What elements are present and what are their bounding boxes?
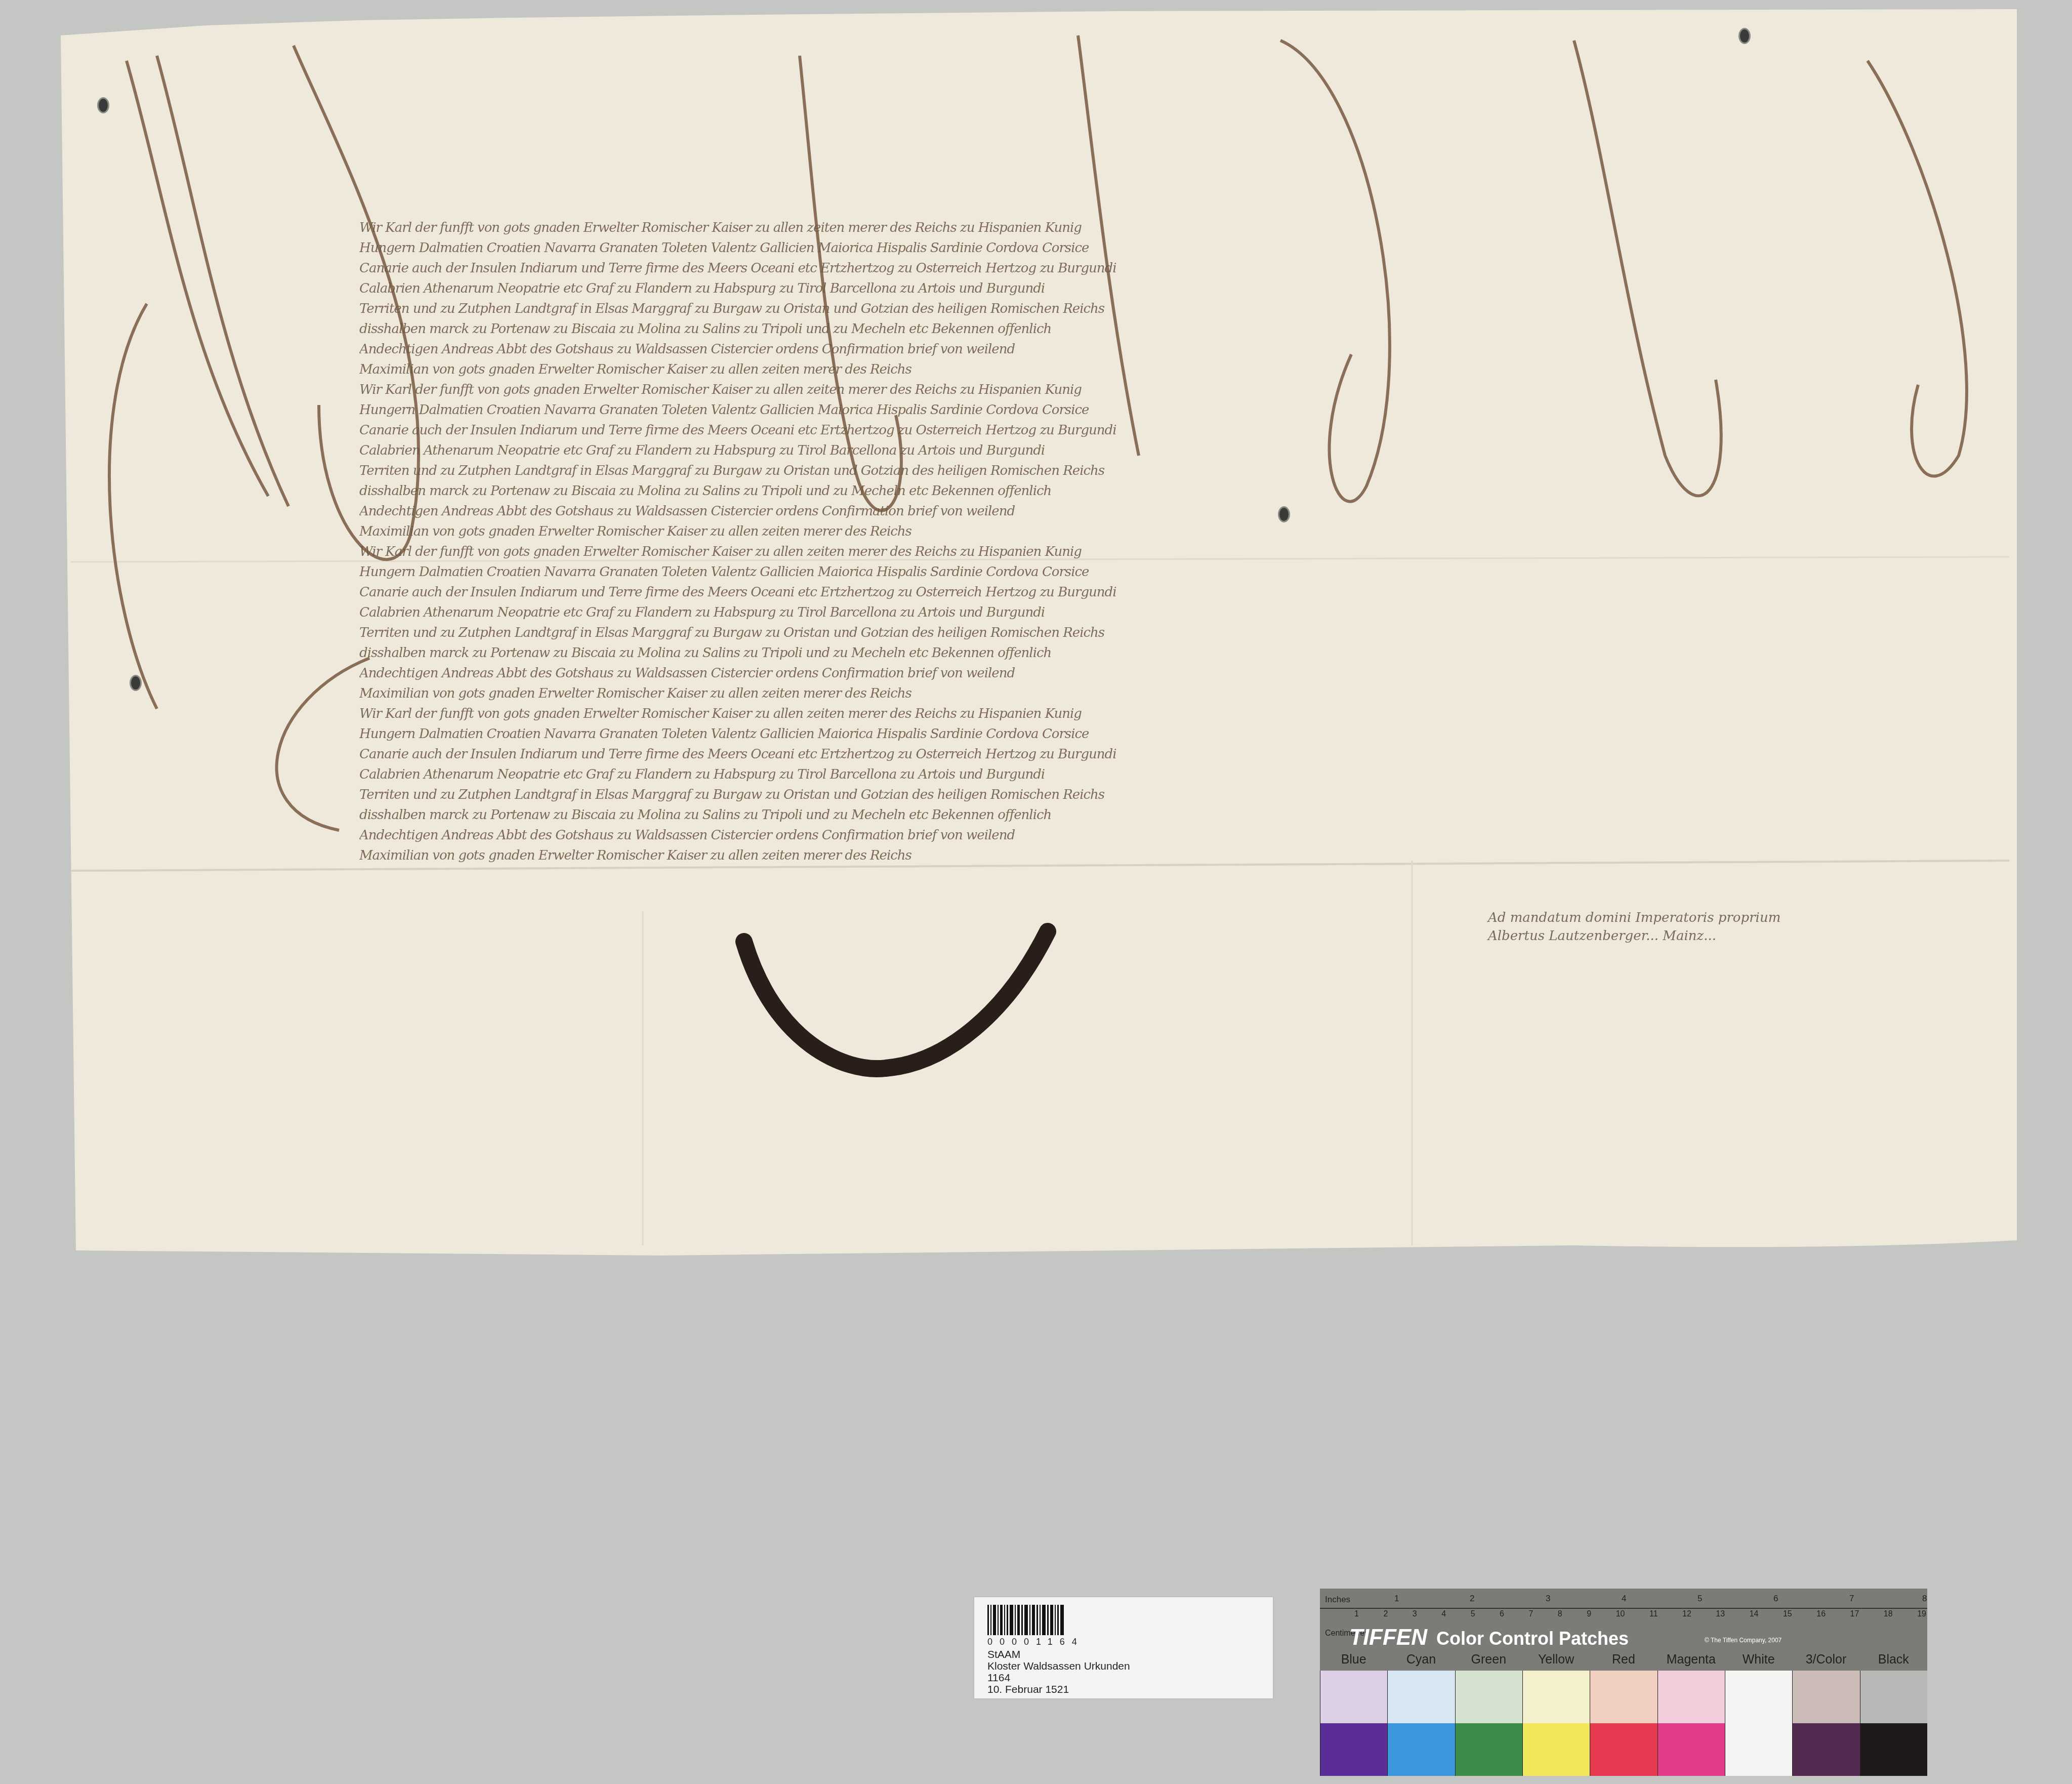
text-line: Territen und zu Zutphen Landtgraf in Els… xyxy=(359,785,1938,805)
cm-tick: 3 xyxy=(1413,1610,1417,1623)
cm-tick: 14 xyxy=(1750,1610,1759,1623)
patch-label: Green xyxy=(1455,1652,1522,1667)
patch-label: Black xyxy=(1860,1652,1927,1667)
text-line: Calabrien Athenarum Neopatrie etc Graf z… xyxy=(359,440,1938,461)
punch-hole xyxy=(97,97,109,113)
text-line: Canarie auch der Insulen Indiarum und Te… xyxy=(359,582,1938,602)
cm-tick: 10 xyxy=(1616,1610,1625,1623)
text-line: Maximilian von gots gnaden Erwelter Romi… xyxy=(359,521,1938,542)
patch-blue xyxy=(1320,1671,1387,1776)
patch-label: Magenta xyxy=(1657,1652,1725,1667)
notary-line: Ad mandatum domini Imperatoris proprium xyxy=(1488,909,1780,927)
patch-label: Red xyxy=(1590,1652,1657,1667)
cm-tick: 5 xyxy=(1471,1610,1475,1623)
cm-tick: 12 xyxy=(1682,1610,1691,1623)
patch-3-color xyxy=(1792,1671,1859,1776)
charter-document: Wir Karl der funfft von gots gnaden Erwe… xyxy=(56,0,2019,1276)
text-line: Calabrien Athenarum Neopatrie etc Graf z… xyxy=(359,602,1938,623)
patch-label: Cyan xyxy=(1387,1652,1455,1667)
punch-hole xyxy=(1278,506,1290,522)
text-line: Wir Karl der funfft von gots gnaden Erwe… xyxy=(359,380,1938,400)
patch-dark xyxy=(1590,1723,1657,1776)
patch-label: 3/Color xyxy=(1792,1652,1859,1667)
patch-label: Blue xyxy=(1320,1652,1387,1667)
charter-text: Wir Karl der funfft von gots gnaden Erwe… xyxy=(359,218,1938,876)
cm-tick: 16 xyxy=(1816,1610,1826,1623)
patch-dark xyxy=(1456,1723,1522,1776)
text-line: disshalben marck zu Portenaw zu Biscaia … xyxy=(359,319,1938,339)
patch-dark xyxy=(1523,1723,1590,1776)
card-title: Color Control Patches xyxy=(1436,1628,1629,1649)
text-line: Andechtigen Andreas Abbt des Gotshaus zu… xyxy=(359,501,1938,521)
text-line: Territen und zu Zutphen Landtgraf in Els… xyxy=(359,623,1938,643)
text-line: Maximilian von gots gnaden Erwelter Romi… xyxy=(359,683,1938,704)
patch-light xyxy=(1456,1671,1522,1723)
patch-dark xyxy=(1793,1723,1859,1776)
patch-light xyxy=(1590,1671,1657,1723)
cm-tick: 19 xyxy=(1917,1610,1926,1623)
text-line: disshalben marck zu Portenaw zu Biscaia … xyxy=(359,481,1938,501)
notary-line: Albertus Lautzenberger... Mainz... xyxy=(1488,927,1780,945)
inch-tick: 6 xyxy=(1773,1594,1778,1604)
patch-magenta xyxy=(1657,1671,1725,1776)
patch-label: White xyxy=(1725,1652,1792,1667)
patch-dark xyxy=(1388,1723,1455,1776)
text-line: Canarie auch der Insulen Indiarum und Te… xyxy=(359,420,1938,440)
color-control-card: Inches 1 2 3 4 5 6 7 8 Centimetres 12345… xyxy=(1320,1589,1927,1777)
text-line: Wir Karl der funfft von gots gnaden Erwe… xyxy=(359,542,1938,562)
patch-light xyxy=(1320,1671,1387,1723)
inch-tick: 1 xyxy=(1394,1594,1399,1604)
punch-hole xyxy=(1738,28,1751,44)
text-line: Hungern Dalmatien Croatien Navarra Grana… xyxy=(359,400,1938,420)
cm-tick: 9 xyxy=(1587,1610,1591,1623)
text-line: Calabrien Athenarum Neopatrie etc Graf z… xyxy=(359,278,1938,299)
patch-light xyxy=(1523,1671,1590,1723)
cm-tick: 18 xyxy=(1884,1610,1893,1623)
patch-light xyxy=(1658,1671,1725,1723)
patch-dark xyxy=(1860,1723,1927,1776)
text-line: Andechtigen Andreas Abbt des Gotshaus zu… xyxy=(359,825,1938,845)
label-collection: Kloster Waldsassen Urkunden xyxy=(987,1660,1130,1672)
cm-ticks: 12345678910111213141516171819 xyxy=(1354,1610,1926,1623)
text-line: Wir Karl der funfft von gots gnaden Erwe… xyxy=(359,704,1938,724)
cm-tick: 1 xyxy=(1354,1610,1359,1623)
card-copyright: © The Tiffen Company, 2007 xyxy=(1705,1637,1781,1644)
text-line: Canarie auch der Insulen Indiarum und Te… xyxy=(359,258,1938,278)
cm-tick: 13 xyxy=(1716,1610,1725,1623)
cm-tick: 8 xyxy=(1558,1610,1562,1623)
ruler: Inches 1 2 3 4 5 6 7 8 xyxy=(1320,1594,1927,1609)
text-line: Maximilian von gots gnaden Erwelter Romi… xyxy=(359,359,1938,380)
text-line: Wir Karl der funfft von gots gnaden Erwe… xyxy=(359,218,1938,238)
inch-tick: 2 xyxy=(1470,1594,1474,1604)
cm-tick: 6 xyxy=(1500,1610,1504,1623)
text-line: Maximilian von gots gnaden Erwelter Romi… xyxy=(359,845,1938,866)
text-line: Territen und zu Zutphen Landtgraf in Els… xyxy=(359,299,1938,319)
inch-tick: 4 xyxy=(1622,1594,1626,1604)
text-line: Hungern Dalmatien Croatien Navarra Grana… xyxy=(359,724,1938,744)
text-line: Hungern Dalmatien Croatien Navarra Grana… xyxy=(359,562,1938,582)
archive-label: 00001164 StAAM Kloster Waldsassen Urkund… xyxy=(974,1597,1273,1698)
text-line: Canarie auch der Insulen Indiarum und Te… xyxy=(359,744,1938,764)
cm-tick: 17 xyxy=(1850,1610,1859,1623)
cm-tick: 4 xyxy=(1441,1610,1446,1623)
text-line: Andechtigen Andreas Abbt des Gotshaus zu… xyxy=(359,663,1938,683)
cm-tick: 7 xyxy=(1528,1610,1533,1623)
ruler-inches-label: Inches xyxy=(1325,1595,1350,1605)
patch-light xyxy=(1388,1671,1455,1723)
patch-red xyxy=(1590,1671,1657,1776)
text-line: Hungern Dalmatien Croatien Navarra Grana… xyxy=(359,238,1938,258)
inch-tick: 3 xyxy=(1546,1594,1550,1604)
barcode-number: 00001164 xyxy=(987,1637,1084,1647)
label-institution: StAAM xyxy=(987,1649,1130,1660)
text-line: disshalben marck zu Portenaw zu Biscaia … xyxy=(359,805,1938,825)
patch-green xyxy=(1455,1671,1522,1776)
tiffen-logo: TIFFEN xyxy=(1349,1625,1427,1650)
patch-dark xyxy=(1320,1723,1387,1776)
patch-cyan xyxy=(1387,1671,1455,1776)
patch-light xyxy=(1793,1671,1859,1723)
color-patches xyxy=(1320,1671,1927,1776)
patch-light xyxy=(1860,1671,1927,1723)
cm-tick: 11 xyxy=(1649,1610,1658,1623)
text-line: Andechtigen Andreas Abbt des Gotshaus zu… xyxy=(359,339,1938,359)
patch-white xyxy=(1725,1671,1792,1776)
patch-dark xyxy=(1725,1723,1792,1776)
inch-tick: 7 xyxy=(1849,1594,1854,1604)
inch-tick: 8 xyxy=(1922,1594,1927,1604)
patch-yellow xyxy=(1522,1671,1590,1776)
text-line: disshalben marck zu Portenaw zu Biscaia … xyxy=(359,643,1938,663)
cm-tick: 2 xyxy=(1383,1610,1388,1623)
notary-note: Ad mandatum domini Imperatoris proprium … xyxy=(1488,909,1780,945)
text-line: Calabrien Athenarum Neopatrie etc Graf z… xyxy=(359,764,1938,785)
punch-hole xyxy=(130,675,142,691)
patch-light xyxy=(1725,1671,1792,1723)
cm-tick: 15 xyxy=(1783,1610,1792,1623)
label-number: 1164 xyxy=(987,1672,1130,1684)
patch-dark xyxy=(1658,1723,1725,1776)
patch-label: Yellow xyxy=(1522,1652,1590,1667)
patch-black xyxy=(1860,1671,1927,1776)
barcode xyxy=(987,1605,1089,1635)
label-date: 10. Februar 1521 xyxy=(987,1684,1130,1695)
text-line: Territen und zu Zutphen Landtgraf in Els… xyxy=(359,461,1938,481)
inch-tick: 5 xyxy=(1697,1594,1702,1604)
